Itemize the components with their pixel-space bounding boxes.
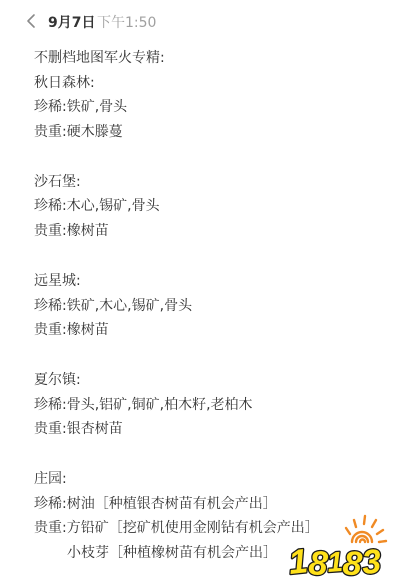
section-precious: 贵重:银杏树苗 xyxy=(34,417,384,442)
18183-logo-icon: 1 8 1 8 3 xyxy=(288,512,392,582)
svg-text:1: 1 xyxy=(288,542,310,582)
note-title: 不删档地图军火专精: xyxy=(34,46,384,71)
blank-line xyxy=(34,145,384,170)
section-name: 远星城: xyxy=(34,269,384,294)
blank-line xyxy=(34,343,384,368)
section-rare: 珍稀:铁矿,骨头 xyxy=(34,95,384,120)
blank-line xyxy=(34,244,384,269)
note-date: 9月7日 xyxy=(48,12,95,32)
section-name: 夏尔镇: xyxy=(34,368,384,393)
section-name: 沙石堡: xyxy=(34,170,384,195)
note-body[interactable]: 不删档地图军火专精: 秋日森林: 珍稀:铁矿,骨头 贵重:硬木滕蔓 沙石堡: 珍… xyxy=(34,46,384,566)
section-rare: 珍稀:铁矿,木心,锡矿,骨头 xyxy=(34,294,384,319)
section-name: 庄园: xyxy=(34,467,384,492)
back-button[interactable] xyxy=(24,11,40,31)
blank-line xyxy=(34,442,384,467)
svg-text:3: 3 xyxy=(360,542,382,582)
header-bar: 9月7日 下午1:50 xyxy=(0,0,394,42)
section-precious: 贵重:橡树苗 xyxy=(34,219,384,244)
section-name: 秋日森林: xyxy=(34,71,384,96)
section-rare: 珍稀:骨头,铝矿,铜矿,柏木籽,老柏木 xyxy=(34,393,384,418)
section-rare: 珍稀:木心,锡矿,骨头 xyxy=(34,194,384,219)
section-precious: 贵重:橡树苗 xyxy=(34,318,384,343)
chevron-left-icon xyxy=(24,11,40,31)
section-precious: 贵重:硬木滕蔓 xyxy=(34,120,384,145)
note-time: 下午1:50 xyxy=(97,12,156,32)
